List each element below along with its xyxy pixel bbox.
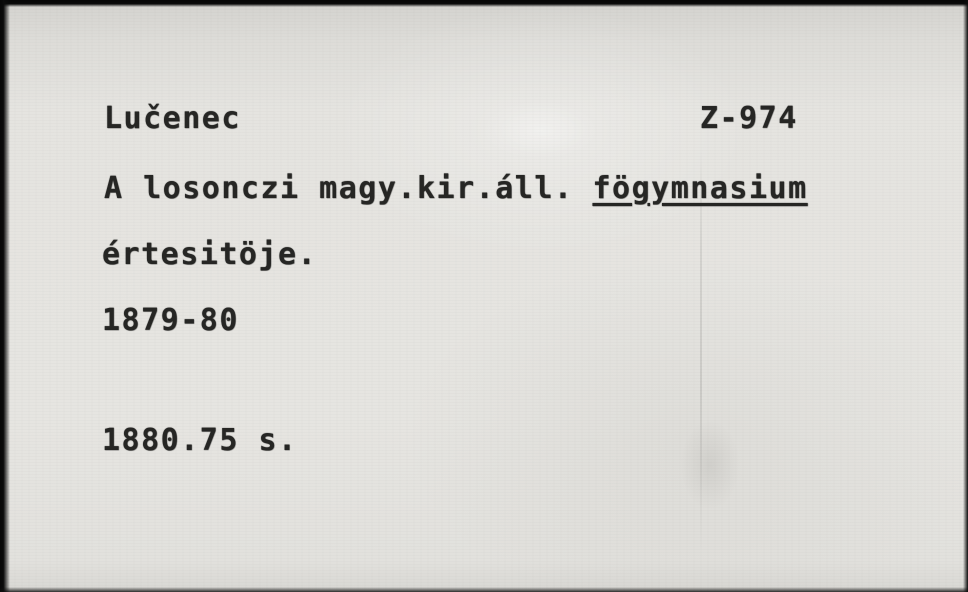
- title-line-1-plain: A losonczi magy.kir.áll.: [104, 171, 573, 206]
- scan-edge-top: [0, 0, 968, 7]
- years-line: 1879-80: [102, 303, 239, 338]
- title-line-2: értesitöje.: [102, 237, 317, 272]
- scan-edge-right: [963, 0, 968, 592]
- paper-texture: [0, 0, 968, 592]
- call-number: Z-974: [700, 101, 798, 136]
- scan-edge-left: [0, 0, 10, 592]
- title-line-1-underlined: fögymnasium: [592, 171, 807, 206]
- place-heading: Lučenec: [104, 101, 241, 136]
- accession-note: 1880.75 s.: [102, 423, 298, 458]
- catalog-card-scan: Lučenec Z-974 A losonczi magy.kir.áll.fö…: [0, 0, 968, 592]
- title-line-1: A losonczi magy.kir.áll.fögymnasium: [104, 171, 808, 206]
- paper-smudge-dark: [680, 420, 740, 510]
- scan-edge-bottom: [0, 587, 968, 592]
- paper-crease: [700, 150, 702, 552]
- paper-smudge-light: [480, 100, 600, 160]
